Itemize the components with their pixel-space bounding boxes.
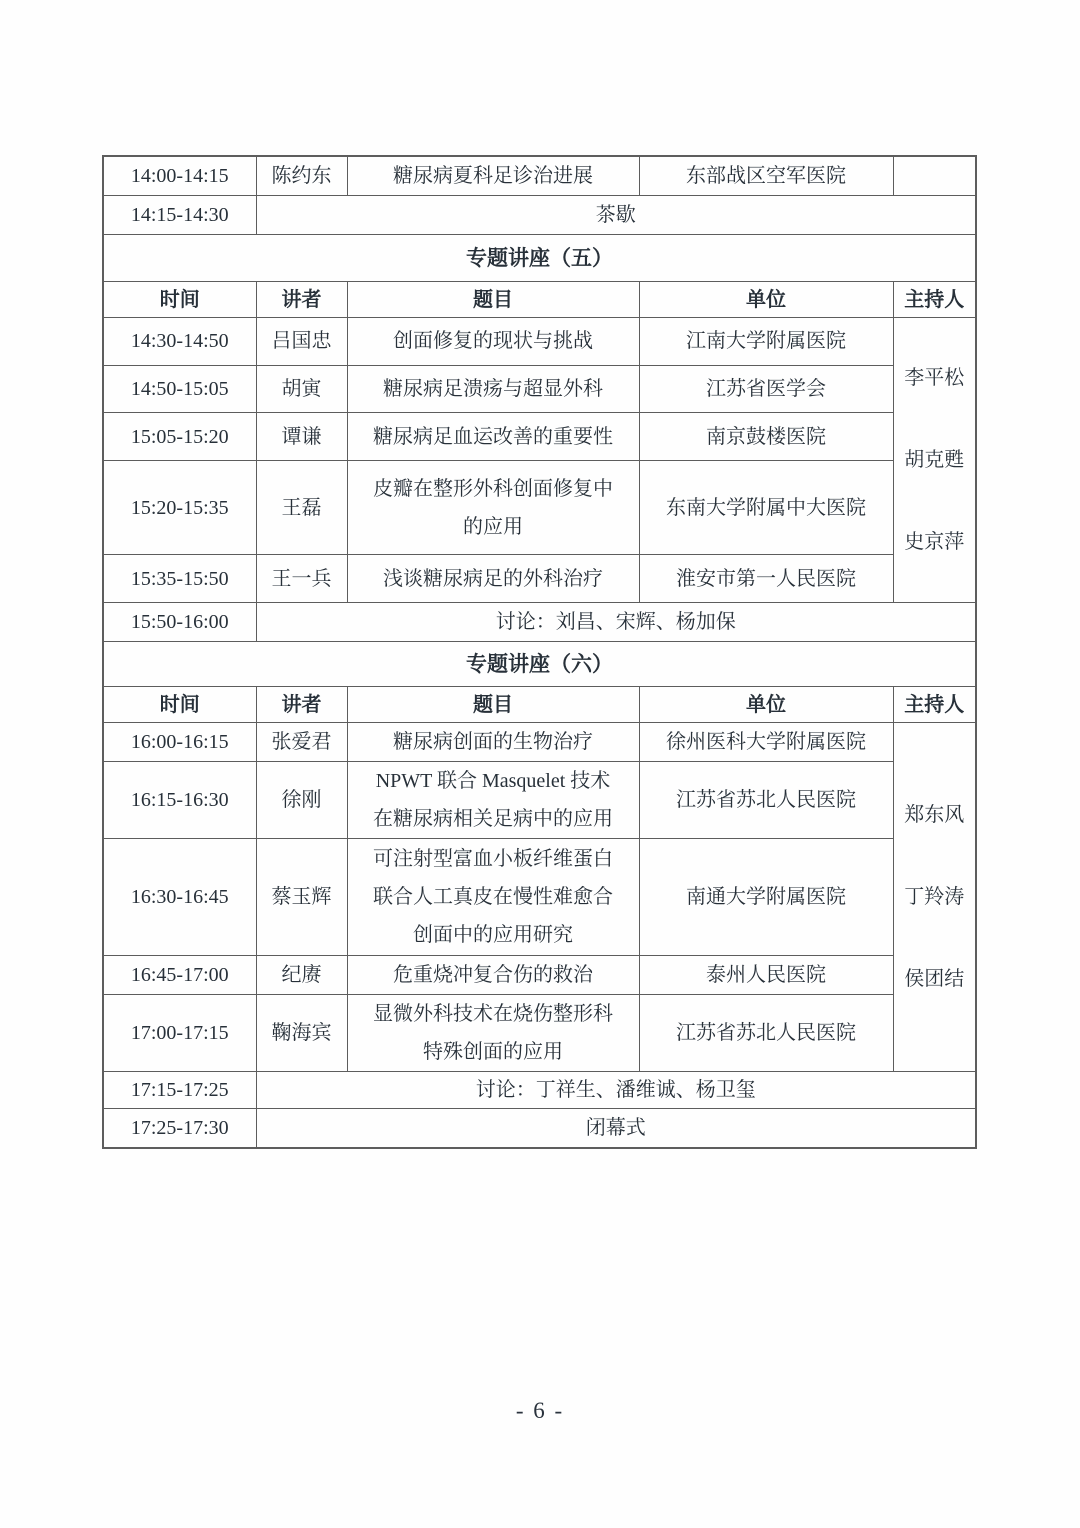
speaker-cell: 谭谦 [256,413,347,461]
time-cell: 15:20-15:35 [103,461,256,555]
section-title: 专题讲座（六） [103,642,976,687]
hosts-cell: 李平松 胡克甦 史京萍 [893,318,976,603]
header-speaker: 讲者 [256,282,347,318]
time-cell: 14:15-14:30 [103,196,256,235]
time-cell: 17:00-17:15 [103,995,256,1072]
speaker-cell: 王一兵 [256,555,347,603]
speaker-cell: 吕国忠 [256,318,347,366]
table-row: 17:00-17:15 鞠海宾 显微外科技术在烧伤整形科 特殊创面的应用 江苏省… [103,995,976,1072]
time-cell: 17:15-17:25 [103,1072,256,1109]
page-number: - 6 - [0,1398,1080,1424]
header-row: 时间 讲者 题目 单位 主持人 [103,282,976,318]
time-cell: 16:00-16:15 [103,723,256,762]
document-page: 14:00-14:15 陈约东 糖尿病夏科足诊治进展 东部战区空军医院 14:1… [0,0,1080,1528]
time-cell: 14:50-15:05 [103,365,256,413]
time-cell: 14:00-14:15 [103,156,256,196]
org-cell: 江苏省苏北人民医院 [639,995,893,1072]
org-cell: 南京鼓楼医院 [639,413,893,461]
header-host: 主持人 [893,282,976,318]
org-cell: 南通大学附属医院 [639,839,893,956]
topic-cell: 皮瓣在整形外科创面修复中 的应用 [347,461,639,555]
tea-break-cell: 茶歇 [256,196,976,235]
org-cell: 淮安市第一人民医院 [639,555,893,603]
speaker-cell: 鞠海宾 [256,995,347,1072]
host-name: 胡克甦 [894,438,976,482]
table-row: 14:50-15:05 胡寅 糖尿病足溃疡与超显外科 江苏省医学会 [103,365,976,413]
org-cell: 东部战区空军医院 [639,156,893,196]
topic-cell: 创面修复的现状与挑战 [347,318,639,366]
speaker-cell: 纪赓 [256,956,347,995]
topic-cell: 糖尿病足血运改善的重要性 [347,413,639,461]
tea-break-row: 14:15-14:30 茶歇 [103,196,976,235]
host-name: 史京萍 [894,520,976,564]
time-cell: 16:30-16:45 [103,839,256,956]
org-cell: 东南大学附属中大医院 [639,461,893,555]
topic-cell: 可注射型富血小板纤维蛋白 联合人工真皮在慢性难愈合 创面中的应用研究 [347,839,639,956]
table-row: 16:30-16:45 蔡玉辉 可注射型富血小板纤维蛋白 联合人工真皮在慢性难愈… [103,839,976,956]
table-row: 15:05-15:20 谭谦 糖尿病足血运改善的重要性 南京鼓楼医院 [103,413,976,461]
org-cell: 徐州医科大学附属医院 [639,723,893,762]
time-cell: 16:45-17:00 [103,956,256,995]
header-org: 单位 [639,687,893,723]
table-row: 16:00-16:15 张爱君 糖尿病创面的生物治疗 徐州医科大学附属医院 郑东… [103,723,976,762]
table-row: 15:20-15:35 王磊 皮瓣在整形外科创面修复中 的应用 东南大学附属中大… [103,461,976,555]
topic-cell: 浅谈糖尿病足的外科治疗 [347,555,639,603]
speaker-cell: 陈约东 [256,156,347,196]
time-cell: 14:30-14:50 [103,318,256,366]
table-row: 16:15-16:30 徐刚 NPWT 联合 Masquelet 技术 在糖尿病… [103,762,976,839]
discussion-cell: 讨论：丁祥生、潘维诚、杨卫玺 [256,1072,976,1109]
speaker-cell: 徐刚 [256,762,347,839]
topic-cell: 糖尿病创面的生物治疗 [347,723,639,762]
host-cell-empty [893,156,976,196]
discussion-row: 15:50-16:00 讨论：刘昌、宋辉、杨加保 [103,603,976,642]
section-title: 专题讲座（五） [103,235,976,282]
host-name: 丁羚涛 [894,875,976,919]
section-title-row-6: 专题讲座（六） [103,642,976,687]
header-topic: 题目 [347,687,639,723]
header-row: 时间 讲者 题目 单位 主持人 [103,687,976,723]
time-cell: 15:50-16:00 [103,603,256,642]
table-row: 14:30-14:50 吕国忠 创面修复的现状与挑战 江南大学附属医院 李平松 … [103,318,976,366]
speaker-cell: 王磊 [256,461,347,555]
speaker-cell: 胡寅 [256,365,347,413]
topic-cell: 危重烧冲复合伤的救治 [347,956,639,995]
closing-cell: 闭幕式 [256,1109,976,1149]
header-host: 主持人 [893,687,976,723]
section-title-row-5: 专题讲座（五） [103,235,976,282]
host-name: 侯团结 [894,957,976,1001]
table-row: 16:45-17:00 纪赓 危重烧冲复合伤的救治 泰州人民医院 [103,956,976,995]
table-row: 15:35-15:50 王一兵 浅谈糖尿病足的外科治疗 淮安市第一人民医院 [103,555,976,603]
discussion-cell: 讨论：刘昌、宋辉、杨加保 [256,603,976,642]
speaker-cell: 张爱君 [256,723,347,762]
topic-cell: 糖尿病足溃疡与超显外科 [347,365,639,413]
topic-cell: 显微外科技术在烧伤整形科 特殊创面的应用 [347,995,639,1072]
topic-cell: NPWT 联合 Masquelet 技术 在糖尿病相关足病中的应用 [347,762,639,839]
hosts-cell: 郑东风 丁羚涛 侯团结 [893,723,976,1072]
closing-row: 17:25-17:30 闭幕式 [103,1109,976,1149]
speaker-cell: 蔡玉辉 [256,839,347,956]
host-name: 郑东风 [894,793,976,837]
time-cell: 15:05-15:20 [103,413,256,461]
header-time: 时间 [103,687,256,723]
schedule-table: 14:00-14:15 陈约东 糖尿病夏科足诊治进展 东部战区空军医院 14:1… [102,155,977,1149]
org-cell: 泰州人民医院 [639,956,893,995]
org-cell: 江苏省苏北人民医院 [639,762,893,839]
time-cell: 16:15-16:30 [103,762,256,839]
header-org: 单位 [639,282,893,318]
topic-cell: 糖尿病夏科足诊治进展 [347,156,639,196]
org-cell: 江南大学附属医院 [639,318,893,366]
time-cell: 15:35-15:50 [103,555,256,603]
header-time: 时间 [103,282,256,318]
discussion-row: 17:15-17:25 讨论：丁祥生、潘维诚、杨卫玺 [103,1072,976,1109]
header-speaker: 讲者 [256,687,347,723]
host-name: 李平松 [894,356,976,400]
org-cell: 江苏省医学会 [639,365,893,413]
table-row: 14:00-14:15 陈约东 糖尿病夏科足诊治进展 东部战区空军医院 [103,156,976,196]
header-topic: 题目 [347,282,639,318]
time-cell: 17:25-17:30 [103,1109,256,1149]
